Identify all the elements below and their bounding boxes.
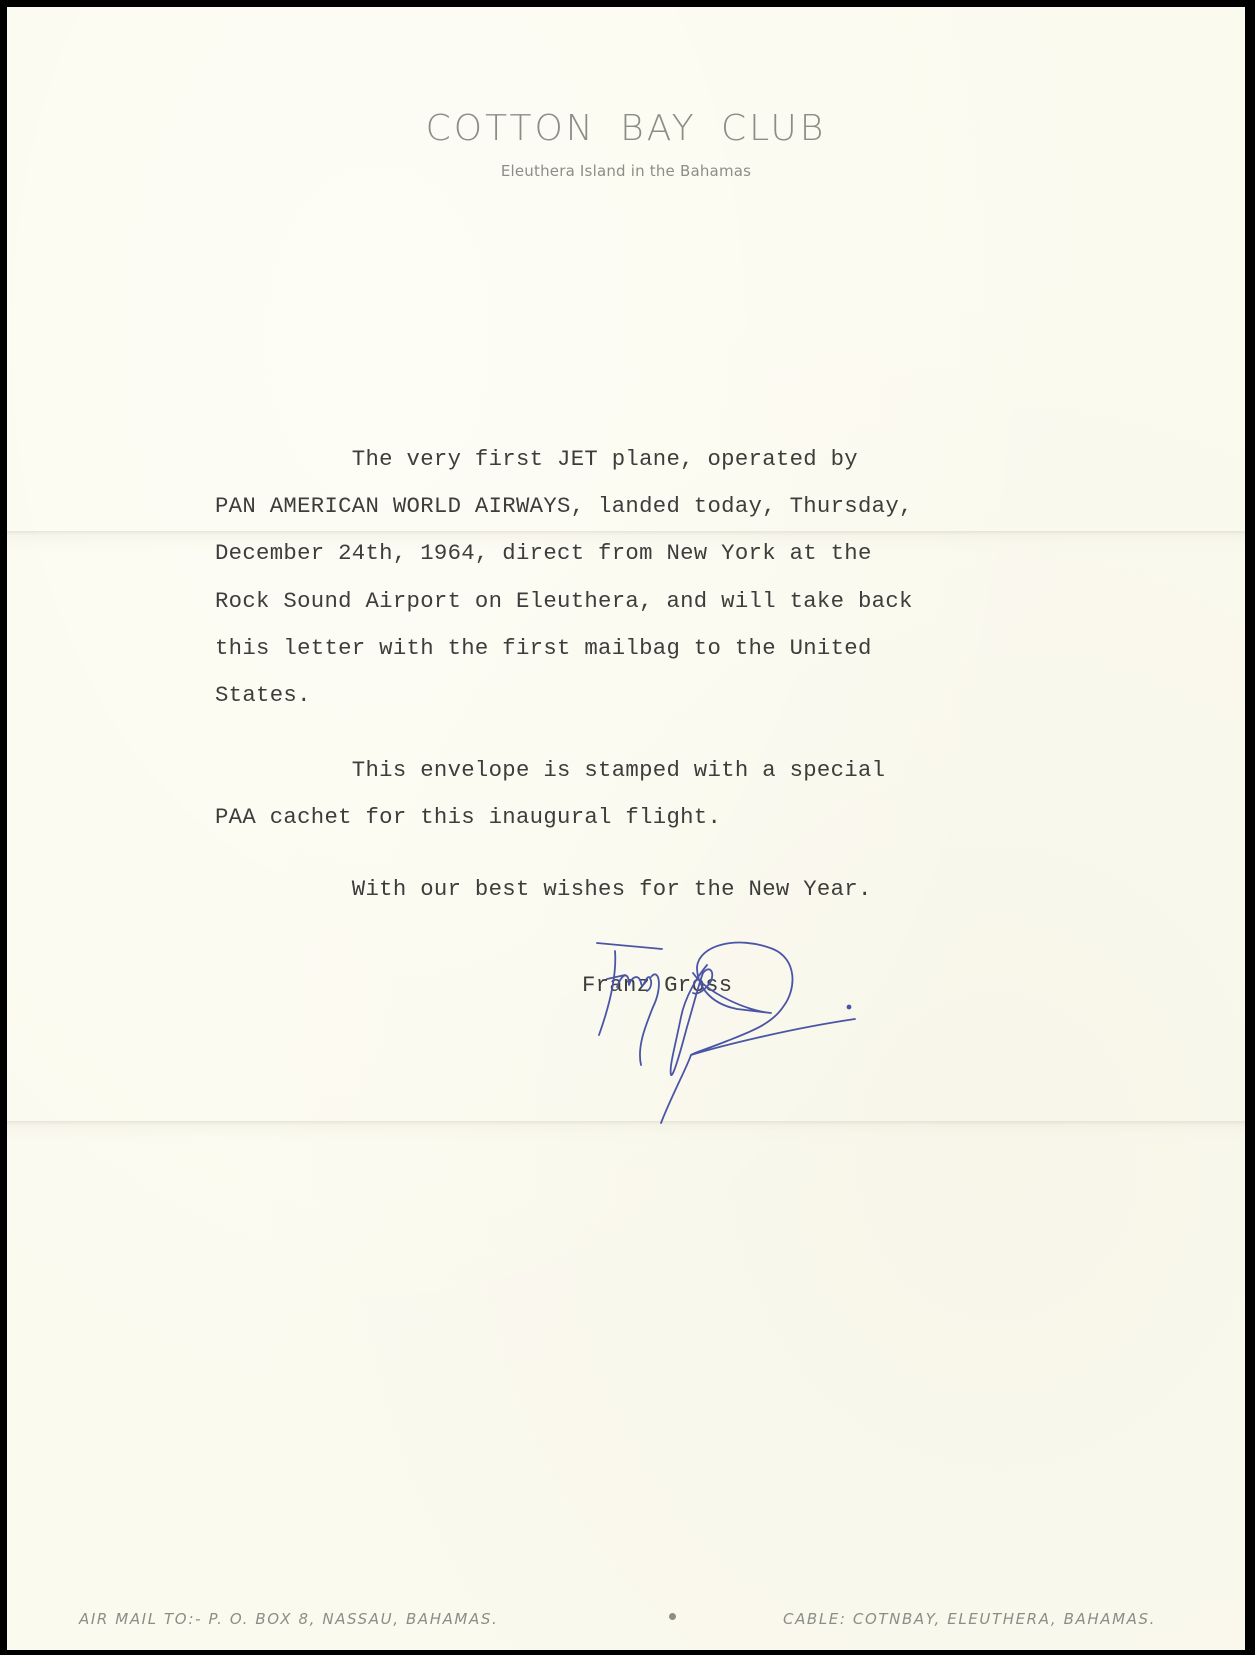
signer-name: Franz Gross [582,972,732,998]
body-line: Rock Sound Airport on Eleuthera, and wil… [215,588,913,614]
letterhead-subtitle: Eleuthera Island in the Bahamas [7,162,1245,180]
body-line: PAA cachet for this inaugural flight. [215,804,721,830]
body-line: December 24th, 1964, direct from New Yor… [215,540,872,566]
body-line: This envelope is stamped with a special [215,757,885,783]
letterhead-title: COTTON BAY CLUB [7,108,1245,149]
body-line: PAN AMERICAN WORLD AIRWAYS, landed today… [215,493,913,519]
body-line: The very first JET plane, operated by [215,446,858,472]
footer-cable-address: CABLE: COTNBAY, ELEUTHERA, BAHAMAS. [783,1610,1156,1628]
footer-separator-dot [669,1613,676,1620]
letter-page: COTTON BAY CLUB Eleuthera Island in the … [7,7,1245,1650]
handwritten-signature-icon [587,937,887,1137]
body-line: this letter with the first mailbag to th… [215,635,872,661]
closing-line: With our best wishes for the New Year. [215,876,872,902]
paper-fold-lower [7,1121,1245,1143]
body-line: States. [215,682,311,708]
footer-mailing-address: AIR MAIL TO:- P. O. BOX 8, NASSAU, BAHAM… [79,1610,498,1628]
